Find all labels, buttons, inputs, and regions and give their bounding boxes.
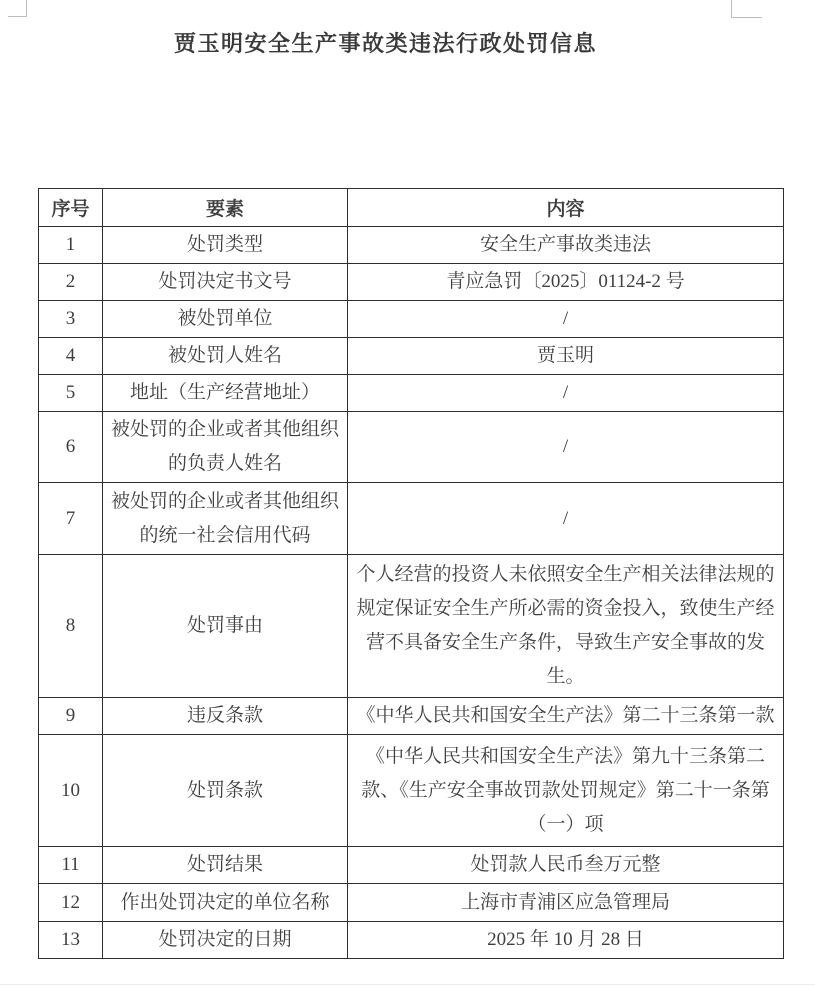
table-row: 13 处罚决定的日期 2025 年 10 月 28 日 (39, 922, 784, 959)
penalty-info-table: 序号 要素 内容 1 处罚类型 安全生产事故类违法 2 处罚决定书文号 青应急罚… (38, 188, 784, 959)
row-serial-number: 7 (39, 483, 103, 555)
table-row: 11 处罚结果 处罚款人民币叁万元整 (39, 847, 784, 884)
row-content-value: 2025 年 10 月 28 日 (348, 922, 784, 959)
table-row: 3 被处罚单位 / (39, 301, 784, 338)
row-content-value: / (348, 301, 784, 338)
page-title: 贾玉明安全生产事故类违法行政处罚信息 (0, 31, 771, 57)
row-content-value: 安全生产事故类违法 (348, 227, 784, 264)
row-serial-number: 8 (39, 555, 103, 698)
row-element-label: 被处罚单位 (103, 301, 348, 338)
table-row: 9 违反条款 《中华人民共和国安全生产法》第二十三条第一款 (39, 698, 784, 735)
table-row: 2 处罚决定书文号 青应急罚〔2025〕01124-2 号 (39, 264, 784, 301)
table-row: 10 处罚条款 《中华人民共和国安全生产法》第九十三条第二款、《生产安全事故罚款… (39, 735, 784, 847)
row-serial-number: 9 (39, 698, 103, 735)
row-element-label: 处罚事由 (103, 555, 348, 698)
row-serial-number: 5 (39, 375, 103, 412)
row-content-value: 青应急罚〔2025〕01124-2 号 (348, 264, 784, 301)
row-content-value: / (348, 375, 784, 412)
row-element-label: 被处罚的企业或者其他组织的统一社会信用代码 (103, 483, 348, 555)
row-serial-number: 2 (39, 264, 103, 301)
row-serial-number: 4 (39, 338, 103, 375)
row-content-value: 上海市青浦区应急管理局 (348, 884, 784, 922)
row-element-label: 地址（生产经营地址） (103, 375, 348, 412)
header-content: 内容 (348, 189, 784, 227)
page-margin-corner-mark-left (8, 0, 27, 17)
row-serial-number: 3 (39, 301, 103, 338)
row-content-value: / (348, 483, 784, 555)
table-row: 12 作出处罚决定的单位名称 上海市青浦区应急管理局 (39, 884, 784, 922)
table-row: 8 处罚事由 个人经营的投资人未依照安全生产相关法律法规的规定保证安全生产所必需… (39, 555, 784, 698)
row-element-label: 被处罚的企业或者其他组织的负责人姓名 (103, 412, 348, 483)
table-header-row: 序号 要素 内容 (39, 189, 784, 227)
row-serial-number: 1 (39, 227, 103, 264)
table-row: 4 被处罚人姓名 贾玉明 (39, 338, 784, 375)
header-serial-number: 序号 (39, 189, 103, 227)
row-serial-number: 6 (39, 412, 103, 483)
row-element-label: 处罚条款 (103, 735, 348, 847)
document-page: 贾玉明安全生产事故类违法行政处罚信息 序号 要素 内容 1 处罚类型 安全生产事… (0, 0, 815, 986)
row-element-label: 处罚结果 (103, 847, 348, 884)
row-element-label: 被处罚人姓名 (103, 338, 348, 375)
row-serial-number: 10 (39, 735, 103, 847)
row-content-value: 处罚款人民币叁万元整 (348, 847, 784, 884)
table-row: 1 处罚类型 安全生产事故类违法 (39, 227, 784, 264)
row-element-label: 违反条款 (103, 698, 348, 735)
header-element: 要素 (103, 189, 348, 227)
row-serial-number: 11 (39, 847, 103, 884)
row-content-value: 个人经营的投资人未依照安全生产相关法律法规的规定保证安全生产所必需的资金投入，致… (348, 555, 784, 698)
row-element-label: 处罚决定书文号 (103, 264, 348, 301)
table-row: 5 地址（生产经营地址） / (39, 375, 784, 412)
page-margin-corner-mark-right (731, 0, 762, 18)
row-content-value: 贾玉明 (348, 338, 784, 375)
table-row: 7 被处罚的企业或者其他组织的统一社会信用代码 / (39, 483, 784, 555)
page-bottom-edge (0, 984, 815, 985)
row-content-value: 《中华人民共和国安全生产法》第九十三条第二款、《生产安全事故罚款处罚规定》第二十… (348, 735, 784, 847)
row-content-value: 《中华人民共和国安全生产法》第二十三条第一款 (348, 698, 784, 735)
row-serial-number: 12 (39, 884, 103, 922)
table-row: 6 被处罚的企业或者其他组织的负责人姓名 / (39, 412, 784, 483)
row-element-label: 作出处罚决定的单位名称 (103, 884, 348, 922)
row-element-label: 处罚类型 (103, 227, 348, 264)
row-content-value: / (348, 412, 784, 483)
row-element-label: 处罚决定的日期 (103, 922, 348, 959)
row-serial-number: 13 (39, 922, 103, 959)
